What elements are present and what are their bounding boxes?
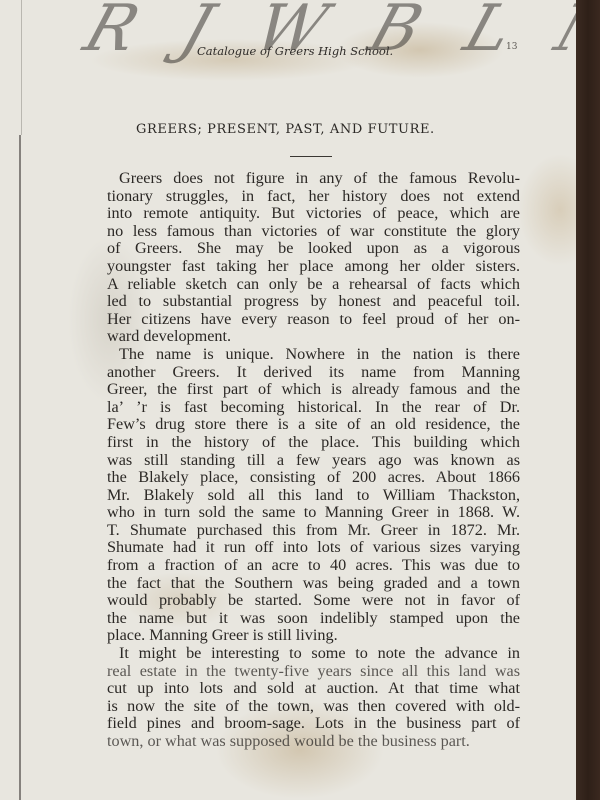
text-line: T. Shumate purchased this from Mr. Greer…: [107, 522, 520, 540]
text-line: cut up into lots and sold at auction. At…: [107, 680, 520, 698]
text-line: Her citizens have every reason to feel p…: [107, 311, 520, 329]
running-head: Catalogue of Greers High School.: [197, 44, 393, 58]
text-line: ward development.: [107, 328, 520, 346]
text-line: was still standing till a few years ago …: [107, 452, 520, 470]
text-line: no less famous than victories of war con…: [107, 223, 520, 241]
margin-rule: [19, 135, 21, 800]
document-page: R J W B L M C Catalogue of Greers High S…: [0, 0, 578, 800]
text-line: the Blakely place, consisting of 200 acr…: [107, 469, 520, 487]
text-line: youngster fast taking her place among he…: [107, 258, 520, 276]
title-divider: [290, 156, 332, 157]
text-line: the name but it was soon indelibly stamp…: [107, 610, 520, 628]
text-line: tionary struggles, in fact, her history …: [107, 188, 520, 206]
text-line: from a fraction of an acre to 40 acres. …: [107, 557, 520, 575]
text-line: town, or what was supposed would be the …: [107, 733, 520, 751]
text-line: Shumate had it run off into lots of vari…: [107, 539, 520, 557]
text-line: Few’s drug store there is a site of an o…: [107, 416, 520, 434]
text-line: into remote antiquity. But victories of …: [107, 205, 520, 223]
text-line: Mr. Blakely sold all this land to Willia…: [107, 487, 520, 505]
text-line: is now the site of the town, was then co…: [107, 698, 520, 716]
text-line: the fact that the Southern was being gra…: [107, 575, 520, 593]
text-line: A reliable sketch can only be a rehearsa…: [107, 276, 520, 294]
handwritten-signature: R J W B L M C: [70, 0, 519, 82]
wood-background: [576, 0, 600, 800]
page-number: 13: [506, 42, 517, 52]
text-line: la’ ’r is fast becoming historical. In t…: [107, 399, 520, 417]
article-title: GREERS; PRESENT, PAST, AND FUTURE.: [136, 122, 435, 137]
text-line: who in turn sold the same to Manning Gre…: [107, 504, 520, 522]
margin-rule: [21, 0, 22, 135]
text-line: would probably be started. Some were not…: [107, 592, 520, 610]
text-line: another Greers. It derived its name from…: [107, 364, 520, 382]
text-line: field pines and broom-sage. Lots in the …: [107, 715, 520, 733]
text-line: real estate in the twenty-five years sin…: [107, 663, 520, 681]
text-line: first in the history of the place. This …: [107, 434, 520, 452]
text-line: led to substantial progress by honest an…: [107, 293, 520, 311]
article-body: Greers does not figure in any of the fam…: [107, 170, 520, 751]
text-line: Greer, the first part of which is alread…: [107, 381, 520, 399]
text-line: The name is unique. Nowhere in the natio…: [107, 346, 520, 364]
text-line: Greers does not figure in any of the fam…: [107, 170, 520, 188]
text-line: place. Manning Greer is still living.: [107, 627, 520, 645]
text-line: of Greers. She may be looked upon as a v…: [107, 240, 520, 258]
text-line: It might be interesting to some to note …: [107, 645, 520, 663]
